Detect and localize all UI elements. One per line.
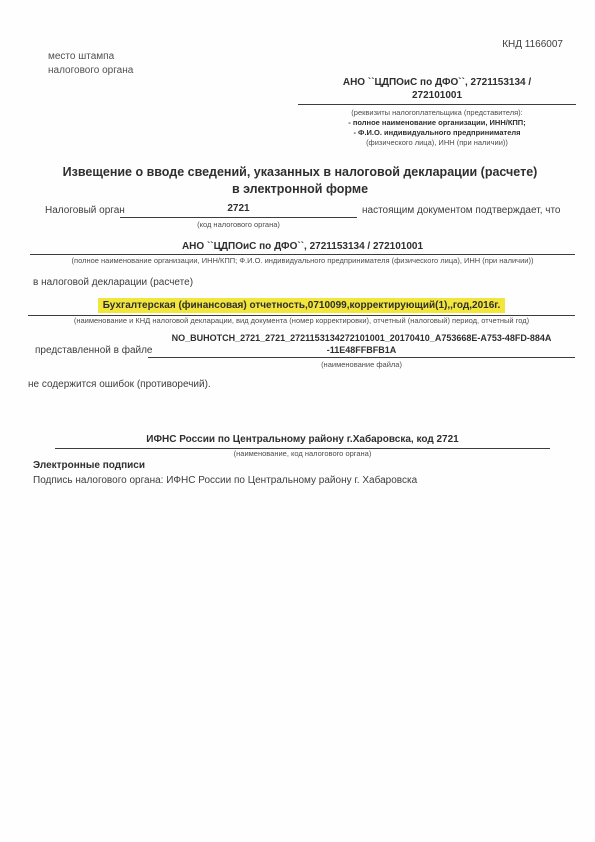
file-name-line1: NO_BUHOTCH_2721_2721_2721153134272101001… <box>148 333 575 345</box>
taxpayer-hint-line2: - полное наименование организации, ИНН/К… <box>298 118 576 128</box>
file-name-line2: -11E48FFBFB1A <box>148 345 575 357</box>
taxpayer-name-line1: АНО ``ЦДПОиС по ДФО``, 2721153134 / <box>298 76 576 89</box>
taxpayer-hint: (реквизиты налогоплательщика (представит… <box>298 105 576 148</box>
taxpayer-block: АНО ``ЦДПОиС по ДФО``, 2721153134 / 2721… <box>298 76 576 148</box>
taxpayer-name: АНО ``ЦДПОиС по ДФО``, 2721153134 / 2721… <box>298 76 576 105</box>
stamp-place-line2: налогового органа <box>48 64 133 78</box>
document-title-line2: в электронной форме <box>30 181 570 198</box>
no-errors-text: не содержится ошибок (противоречий). <box>28 378 211 391</box>
authority-name: ИФНС России по Центральному району г.Хаб… <box>55 433 550 449</box>
file-label: представленной в файле <box>35 344 153 357</box>
signature-line: Подпись налогового органа: ИФНС России п… <box>33 474 417 487</box>
confirmation-text: настоящим документом подтверждает, что <box>362 204 561 217</box>
taxpayer-hint-line1: (реквизиты налогоплательщика (представит… <box>298 108 576 118</box>
knd-code: КНД 1166007 <box>502 38 563 51</box>
signatures-heading: Электронные подписи <box>33 459 145 472</box>
declaration-row: Бухгалтерская (финансовая) отчетность,07… <box>28 298 575 316</box>
tax-authority-code: 2721 <box>120 202 357 218</box>
tax-authority-label: Налоговый орган <box>45 204 125 217</box>
file-caption: (наименование файла) <box>148 360 575 370</box>
declaration-intro: в налоговой декларации (расчете) <box>33 276 193 289</box>
declaration-name-highlighted: Бухгалтерская (финансовая) отчетность,07… <box>98 298 505 313</box>
declaration-caption: (наименование и КНД налоговой декларации… <box>28 316 575 326</box>
authority-caption: (наименование, код налогового органа) <box>55 449 550 459</box>
taxpayer-hint-line4: (физического лица), ИНН (при наличии)) <box>298 138 576 148</box>
file-name: NO_BUHOTCH_2721_2721_2721153134272101001… <box>148 333 575 358</box>
stamp-place-line1: место штампа <box>48 50 133 64</box>
organization-caption: (полное наименование организации, ИНН/КП… <box>30 256 575 266</box>
document-title-line1: Извещение о вводе сведений, указанных в … <box>30 164 570 181</box>
document-title: Извещение о вводе сведений, указанных в … <box>30 164 570 197</box>
tax-authority-code-caption: (код налогового органа) <box>120 220 357 230</box>
taxpayer-name-line2: 272101001 <box>298 89 576 102</box>
scanned-document-page: КНД 1166007 место штампа налогового орга… <box>0 0 595 842</box>
stamp-place: место штампа налогового органа <box>48 50 133 78</box>
taxpayer-hint-line3: - Ф.И.О. индивидуального предпринимателя <box>298 128 576 138</box>
organization-name: АНО ``ЦДПОиС по ДФО``, 2721153134 / 2721… <box>30 240 575 255</box>
